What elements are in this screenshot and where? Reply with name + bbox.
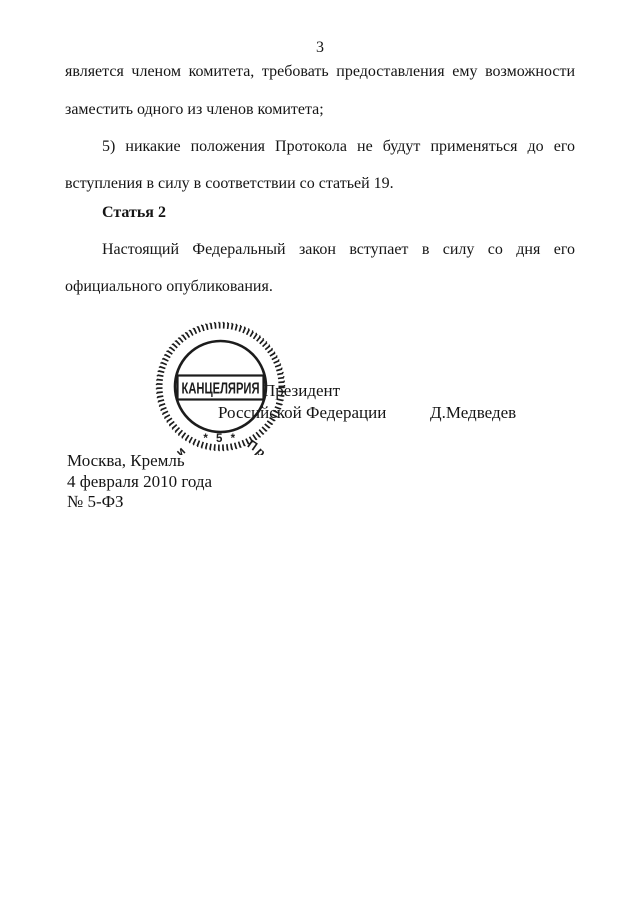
body-line: заместить одного из членов комитета;	[65, 100, 575, 119]
document-page: 3 является членом комитета, требовать пр…	[0, 0, 640, 900]
issuance-number: № 5-ФЗ	[67, 492, 212, 513]
body-line: является членом комитета, требовать пред…	[65, 62, 575, 81]
stamp-center-text: КАНЦЕЛЯРИЯ	[182, 381, 260, 398]
presidential-chancellery-stamp-icon: Президент Российской Федерации * 5 * КАН…	[152, 318, 289, 455]
stamp-bottom-text: * 5 *	[203, 433, 237, 445]
body-line: официального опубликования.	[65, 277, 575, 296]
issuance-date: 4 февраля 2010 года	[67, 472, 212, 493]
signature-name: Д.Медведев	[430, 403, 516, 423]
article-heading: Статья 2	[65, 203, 575, 222]
body-line: 5) никакие положения Протокола не будут …	[65, 137, 575, 156]
page-number: 3	[0, 39, 640, 57]
issuance-block: Москва, Кремль 4 февраля 2010 года № 5-Ф…	[67, 451, 212, 513]
body-line: Настоящий Федеральный закон вступает в с…	[65, 240, 575, 259]
body-line: вступления в силу в соответствии со стат…	[65, 174, 575, 193]
